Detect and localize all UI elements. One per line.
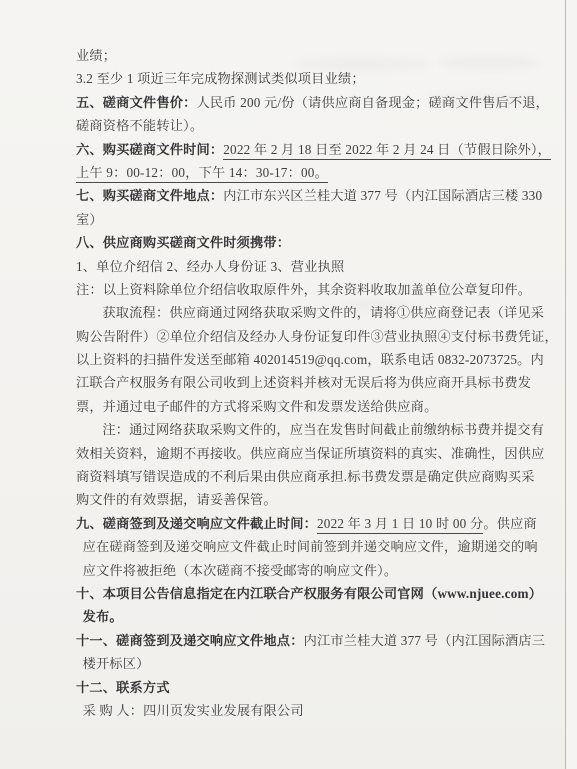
text-line: 发布。: [76, 605, 549, 628]
body-text: 3.2 至少 1 项近三年完成物探测试类似项目业绩；: [76, 71, 365, 86]
heading-text: 十二、联系方式: [76, 680, 170, 695]
text-line: 获取流程：供应商通过网络获取采购文件的，请将①供应商登记表（详见采: [76, 301, 549, 324]
text-line: 注：以上资料除单位介绍信收取原件外，其余资料收取加盖单位公章复印件。: [76, 278, 549, 301]
text-line: 注：通过网络获取采购文件的，应当在发售时间截止前缴纳标书费并提交有: [76, 418, 549, 441]
text-line: 1、单位介绍信 2、经办人身份证 3、营业执照: [76, 255, 549, 278]
body-text: 1、单位介绍信 2、经办人身份证 3、营业执照: [76, 259, 344, 274]
text-line: 购公告附件）②单位介绍信及经办人身份证复印件③营业执照④支付标书费凭证，: [76, 325, 549, 348]
body-text: 注：以上资料除单位介绍信收取原件外，其余资料收取加盖单位公章复印件。: [76, 282, 531, 297]
text-line: 十二、联系方式: [76, 676, 549, 699]
heading-text: 九、磋商签到及递交响应文件截止时间：: [76, 516, 317, 531]
text-line: 七、购买磋商文件地点：内江市东兴区兰桂大道 377 号（内江国际酒店三楼 330: [76, 184, 549, 207]
text-line: 应在磋商签到及递交响应文件截止时间前签到并递交响应文件，逾期递交的响: [76, 535, 549, 558]
text-line: 八、供应商购买磋商文件时须携带：: [76, 231, 549, 254]
text-line: 九、磋商签到及递交响应文件截止时间：2022 年 3 月 1 日 10 时 00…: [76, 512, 549, 535]
heading-text: 十一、磋商签到及递交响应文件地点：: [76, 633, 304, 648]
text-line: 楼开标区）: [76, 652, 549, 675]
body-text: 应在磋商签到及递交响应文件截止时间前签到并递交响应文件，逾期递交的响: [83, 539, 538, 554]
text-line: 室）: [76, 208, 549, 231]
body-text: 以上资料的扫描件发送至邮箱 402014519@qq.com，联系电话 0832…: [76, 352, 544, 367]
heading-text: 八、供应商购买磋商文件时须携带：: [76, 235, 290, 250]
body-text: 票，并通过电子邮件的方式将采购文件和发票发送给供应商。: [76, 399, 437, 414]
text-line: 以上资料的扫描件发送至邮箱 402014519@qq.com，联系电话 0832…: [76, 348, 549, 371]
text-line: 六、购买磋商文件时间：2022 年 2 月 18 日至 2022 年 2 月 2…: [76, 138, 549, 161]
text-line: 票，并通过电子邮件的方式将采购文件和发票发送给供应商。: [76, 395, 549, 418]
heading-text: 发布。: [83, 609, 123, 624]
scanned-document-page: 业绩；3.2 至少 1 项近三年完成物探测试类似项目业绩；五、磋商文件售价：人民…: [0, 0, 577, 769]
body-text: 应文件将被拒绝（本次磋商不接受邮寄的响应文件）。: [83, 563, 398, 578]
body-text: 内江市兰桂大道 377 号（内江国际酒店三: [304, 633, 546, 648]
heading-text: 五、磋商文件售价：: [76, 95, 197, 110]
underlined-text: 2022 年 2 月 18 日至 2022 年 2 月 24 日（节假日除外），: [223, 142, 551, 161]
body-text: 江联合产权服务有限公司收到上述资料并核对无误后将为供应商开具标书费发: [76, 375, 531, 390]
body-text: 购公告附件）②单位介绍信及经办人身份证复印件③营业执照④支付标书费凭证，: [76, 329, 558, 344]
underlined-text: 上午 9：00-12：00，下午 14：30-17：00。: [76, 165, 328, 184]
text-line: 五、磋商文件售价：人民币 200 元/份（请供应商自备现金；磋商文件售后不退，: [76, 91, 549, 114]
text-line: 上午 9：00-12：00，下午 14：30-17：00。: [76, 161, 549, 184]
text-line: 3.2 至少 1 项近三年完成物探测试类似项目业绩；: [76, 67, 549, 90]
body-text: 效相关资料，逾期不再接收。供应商应当保证所填资料的真实、准确性，因供应: [76, 446, 545, 461]
body-text: 室）: [76, 212, 103, 227]
text-line: 十一、磋商签到及递交响应文件地点：内江市兰桂大道 377 号（内江国际酒店三: [76, 629, 549, 652]
text-line: 业绩；: [76, 44, 549, 67]
text-line: 磋商资格不能转让）。: [76, 114, 549, 137]
text-line: 十、本项目公告信息指定在内江联合产权服务有限公司官网（www.njuee.com…: [76, 582, 549, 605]
body-text: 获取流程：供应商通过网络获取采购文件的，请将①供应商登记表（详见采: [102, 305, 544, 320]
heading-text: 六、购买磋商文件时间：: [76, 142, 223, 157]
text-line: 采 购 人：四川页发实业发展有限公司: [76, 699, 549, 722]
body-text: 购文件的有效票据，请妥善保管。: [76, 492, 277, 507]
text-line: 商资料填写错误造成的不利后果由供应商承担.标书费发票是确定供应商购买采: [76, 465, 549, 488]
text-line: 江联合产权服务有限公司收到上述资料并核对无误后将为供应商开具标书费发: [76, 371, 549, 394]
body-text: 业绩；: [76, 48, 116, 63]
body-text: 注：通过网络获取采购文件的，应当在发售时间截止前缴纳标书费并提交有: [102, 422, 544, 437]
text-line: 效相关资料，逾期不再接收。供应商应当保证所填资料的真实、准确性，因供应: [76, 442, 549, 465]
document-content: 业绩；3.2 至少 1 项近三年完成物探测试类似项目业绩；五、磋商文件售价：人民…: [76, 44, 549, 722]
heading-text: 十、本项目公告信息指定在内江联合产权服务有限公司官网（www.njuee.com…: [76, 586, 542, 601]
body-text: 内江市东兴区兰桂大道 377 号（内江国际酒店三楼 330: [223, 188, 542, 203]
body-text: 磋商资格不能转让）。: [76, 118, 203, 133]
body-text: 。供应商: [483, 516, 537, 531]
body-text: 楼开标区）: [83, 656, 150, 671]
underlined-text: 2022 年 3 月 1 日 10 时 00 分: [317, 516, 483, 535]
text-line: 应文件将被拒绝（本次磋商不接受邮寄的响应文件）。: [76, 559, 549, 582]
scan-edge-margin: [566, 0, 577, 769]
heading-text: 七、购买磋商文件地点：: [76, 188, 223, 203]
text-line: 购文件的有效票据，请妥善保管。: [76, 488, 549, 511]
scan-edge-line: [565, 0, 566, 769]
body-text: 人民币 200 元/份（请供应商自备现金；磋商文件售后不退，: [197, 95, 550, 110]
body-text: 商资料填写错误造成的不利后果由供应商承担.标书费发票是确定供应商购买采: [76, 469, 535, 484]
body-text: 采 购 人：四川页发实业发展有限公司: [83, 703, 304, 718]
